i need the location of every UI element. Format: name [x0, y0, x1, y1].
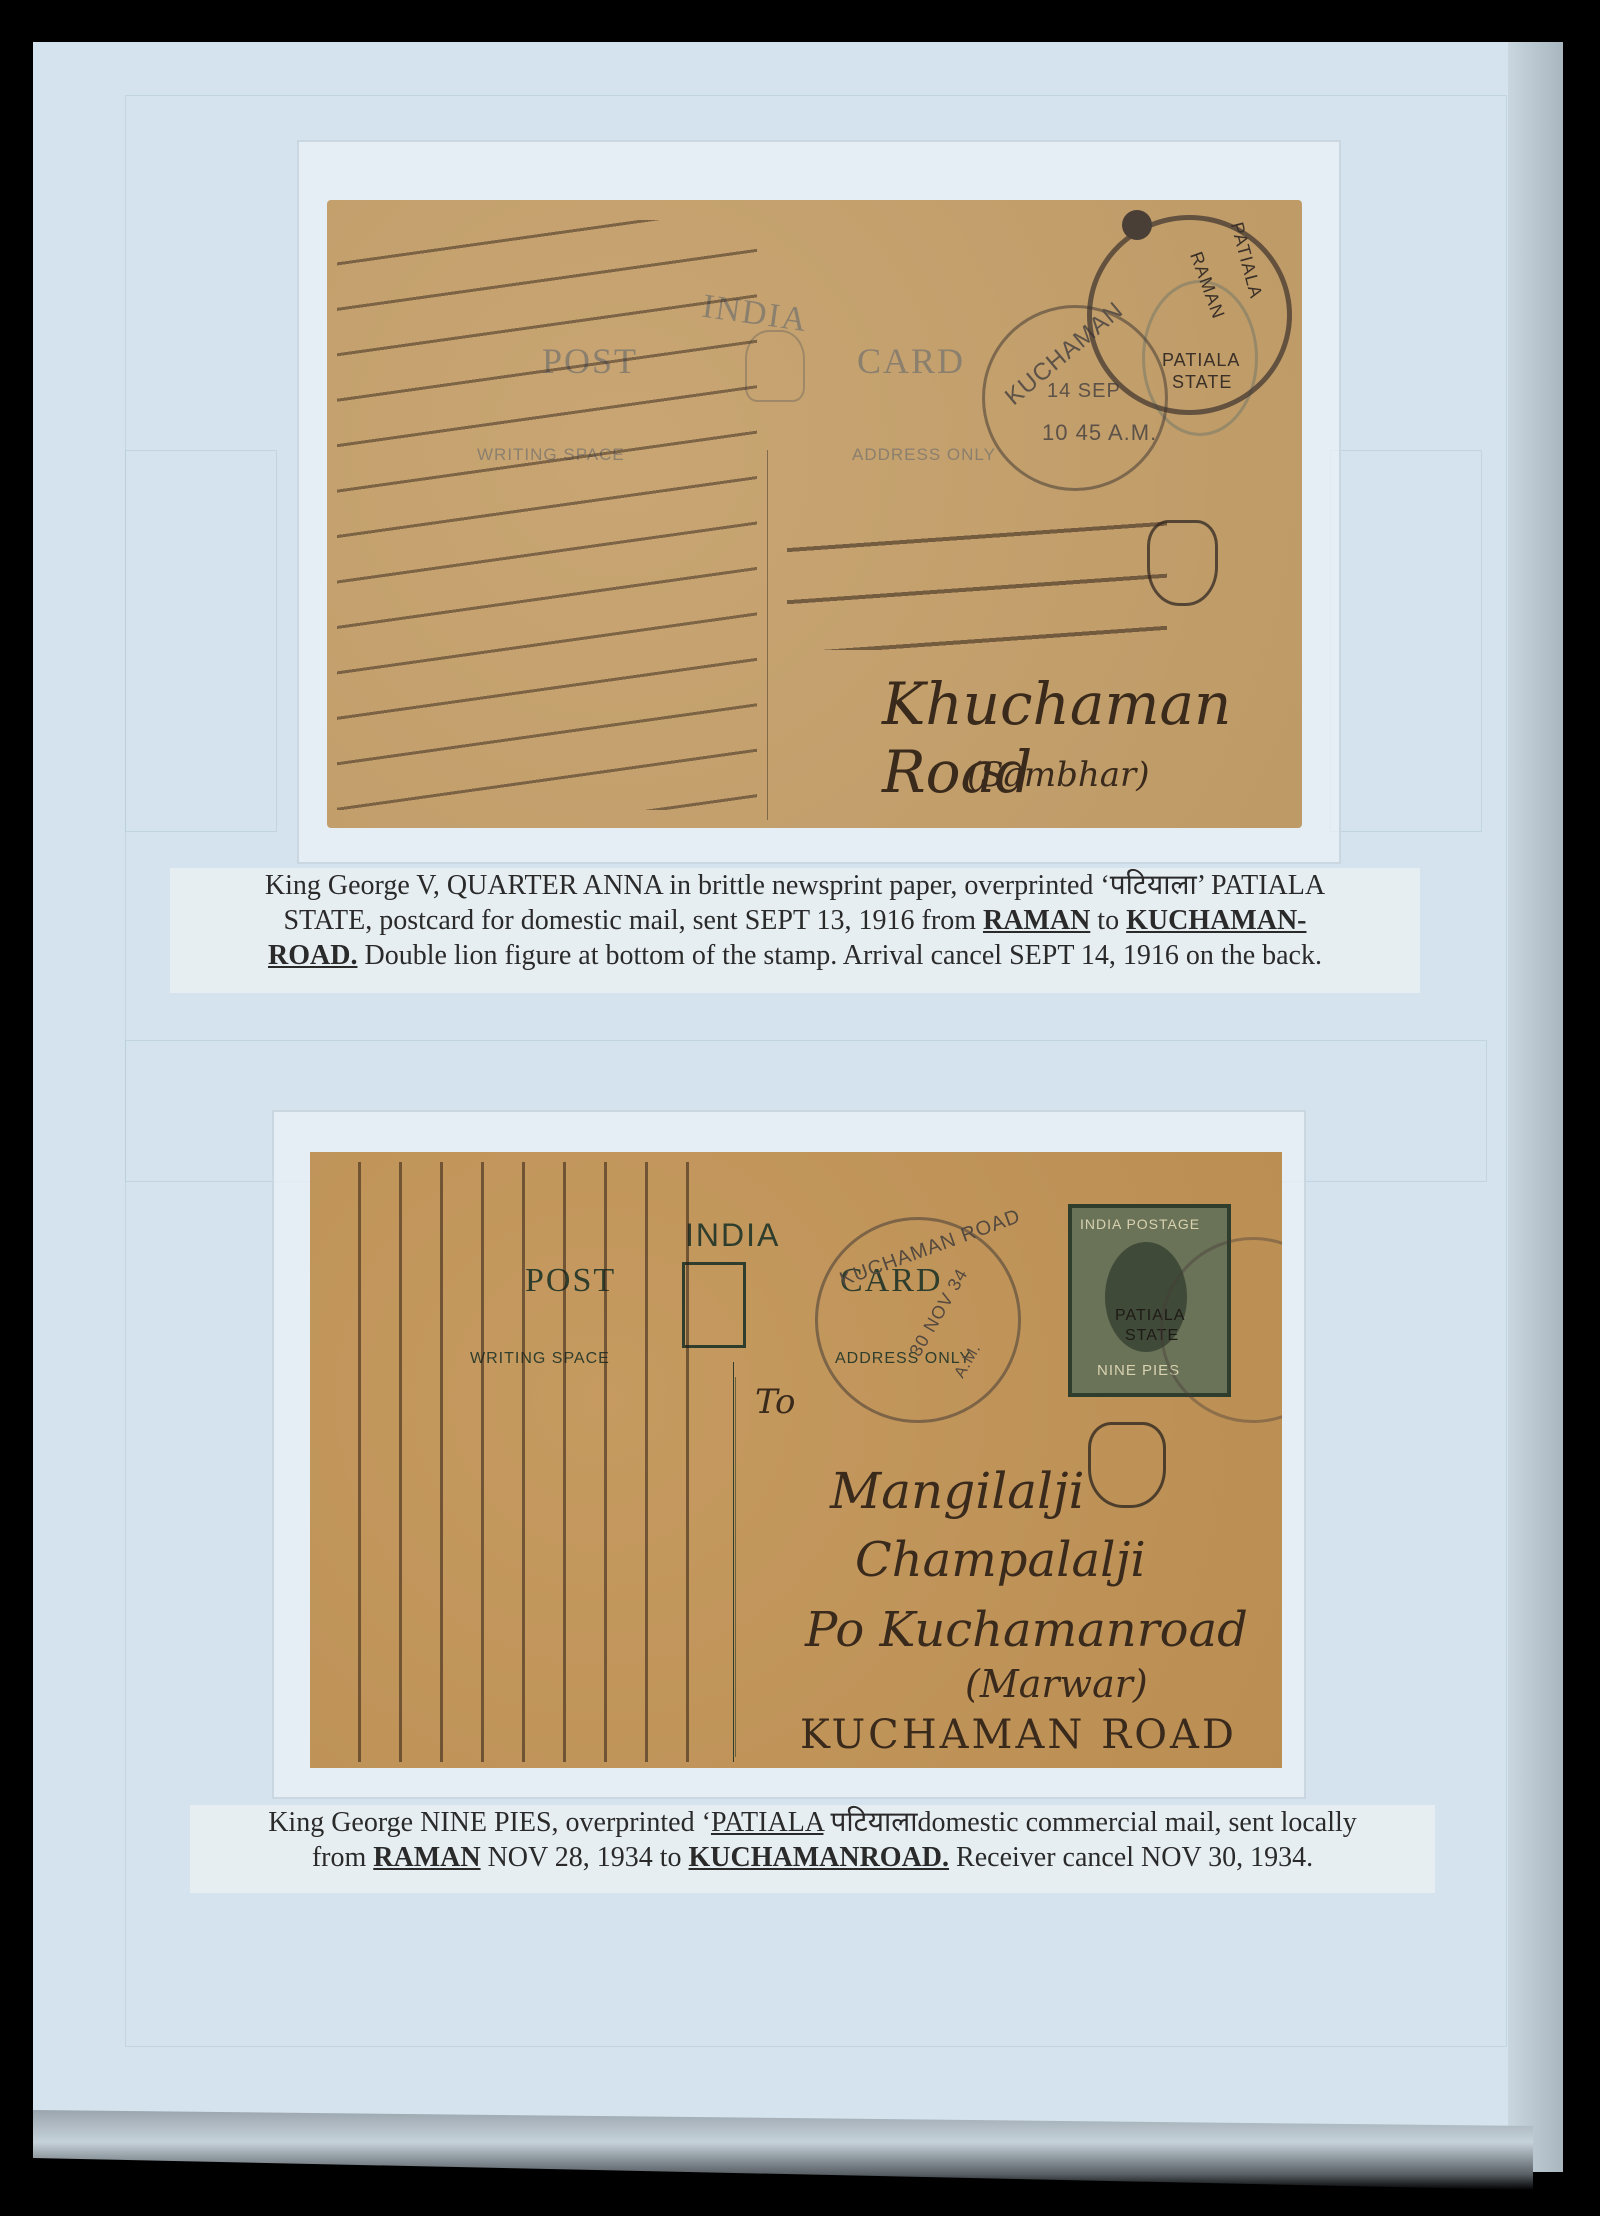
caption-2-line-1: King George NINE PIES, overprinted ‘PATI…	[190, 1805, 1435, 1840]
stamp-india-postage: INDIA POSTAGE	[1080, 1216, 1200, 1232]
caption-1-line-1: King George V, QUARTER ANNA in brittle n…	[170, 868, 1420, 903]
address-to: To	[755, 1382, 796, 1422]
message-handwriting	[320, 1162, 725, 1762]
address-divider	[735, 1377, 736, 1757]
printed-card: CARD	[857, 340, 965, 382]
ink-blot	[1122, 210, 1152, 240]
address-line-po-kuchamanroad: Po Kuchamanroad	[805, 1602, 1248, 1658]
card-divider	[733, 1362, 734, 1762]
address-line-mangilalji: Mangilalji	[830, 1462, 1085, 1520]
caption-2-from-town: RAMAN	[373, 1842, 480, 1873]
postcard-2: INDIA POST CARD WRITING SPACE ADDRESS ON…	[310, 1152, 1282, 1768]
caption-1-line-2: STATE, postcard for domestic mail, sent …	[170, 903, 1420, 938]
caption-1-from-town: RAMAN	[983, 905, 1090, 936]
album-grid-box	[125, 450, 277, 832]
caption-2-to-town: KUCHAMANROAD.	[689, 1842, 950, 1873]
caption-1-line-3: ROAD. Double lion figure at bottom of th…	[170, 938, 1420, 973]
address-line-sambhar: (Sambhar)	[967, 755, 1150, 795]
address-line-champalalji: Champalalji	[855, 1532, 1146, 1588]
address-line-marwar: (Marwar)	[965, 1662, 1148, 1706]
patiala-raman-cancel	[1087, 215, 1292, 415]
address-handwriting-strokes	[787, 500, 1167, 650]
caption-2-line-2: from RAMAN NOV 28, 1934 to KUCHAMANROAD.…	[190, 1840, 1435, 1875]
page-edge	[1508, 42, 1563, 2172]
address-line-kuchaman-road: KUCHAMAN ROAD	[800, 1712, 1237, 1758]
caption-1-to-town: KUCHAMAN-	[1126, 905, 1306, 936]
postcard-1: INDIA POST CARD WRITING SPACE ADDRESS ON…	[327, 200, 1302, 828]
caption-card-2: King George NINE PIES, overprinted ‘PATI…	[190, 1805, 1435, 1893]
patiala-arms-icon	[1088, 1422, 1166, 1508]
album-grid-box	[1330, 450, 1482, 832]
kuchaman-cancel-date: 14 SEP	[1047, 380, 1121, 403]
card-divider	[767, 450, 768, 820]
message-handwriting	[337, 220, 757, 810]
kuchaman-cancel-time: 10 45 A.M.	[1042, 420, 1157, 446]
caption-card-1: King George V, QUARTER ANNA in brittle n…	[170, 868, 1420, 993]
printed-address-only: ADDRESS ONLY	[852, 445, 996, 465]
caption-2-patiala: PATIALA	[711, 1807, 824, 1838]
